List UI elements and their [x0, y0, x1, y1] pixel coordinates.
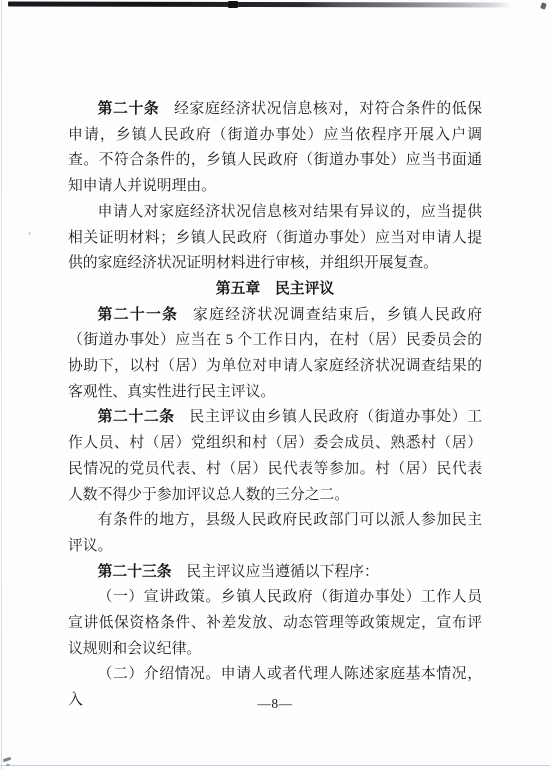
- scan-artifact-top-bar: [8, 1, 513, 7]
- article-paragraph-21: 第二十一条家庭经济状况调查结束后，乡镇人民政府（街道办事处）应当在 5 个工作日…: [68, 303, 482, 406]
- scan-speck: [28, 232, 31, 235]
- body-paragraph: 有条件的地方，县级人民政府民政部门可以派人参加民主评议。: [68, 508, 482, 559]
- chapter-heading: 第五章 民主评议: [68, 277, 482, 303]
- scan-artifact-corner-mark: [540, 2, 547, 9]
- document-body: 第二十条经家庭经济状况信息核对，对符合条件的低保申请，乡镇人民政府（街道办事处）…: [68, 97, 482, 714]
- scan-edge-left: [1, 0, 2, 769]
- scan-speck: [6, 764, 10, 766]
- article-number: 第二十一条: [98, 307, 179, 323]
- body-paragraph: （一）宣讲政策。乡镇人民政府（街道办事处）工作人员宣讲低保资格条件、补差发放、动…: [68, 585, 482, 662]
- article-paragraph-20: 第二十条经家庭经济状况信息核对，对符合条件的低保申请，乡镇人民政府（街道办事处）…: [68, 97, 482, 200]
- article-number: 第二十二条: [98, 409, 175, 425]
- article-number: 第二十条: [98, 101, 160, 117]
- article-paragraph-22: 第二十二条民主评议由乡镇人民政府（街道办事处）工作人员、村（居）党组织和村（居）…: [68, 405, 482, 508]
- scanned-page: 第二十条经家庭经济状况信息核对，对符合条件的低保申请，乡镇人民政府（街道办事处）…: [0, 0, 550, 769]
- article-number: 第二十三条: [98, 564, 172, 580]
- scan-artifact-blob: [228, 1, 238, 8]
- article-paragraph-23: 第二十三条民主评议应当遵循以下程序：: [68, 560, 482, 586]
- body-paragraph: 申请人对家庭经济状况信息核对结果有异议的，应当提供相关证明材料；乡镇人民政府（街…: [68, 200, 482, 277]
- scan-speck: [3, 757, 12, 762]
- page-number: —8—: [0, 696, 550, 712]
- article-text: 民主评议应当遵循以下程序：: [186, 564, 378, 580]
- scan-edge-bottom: [0, 765, 550, 766]
